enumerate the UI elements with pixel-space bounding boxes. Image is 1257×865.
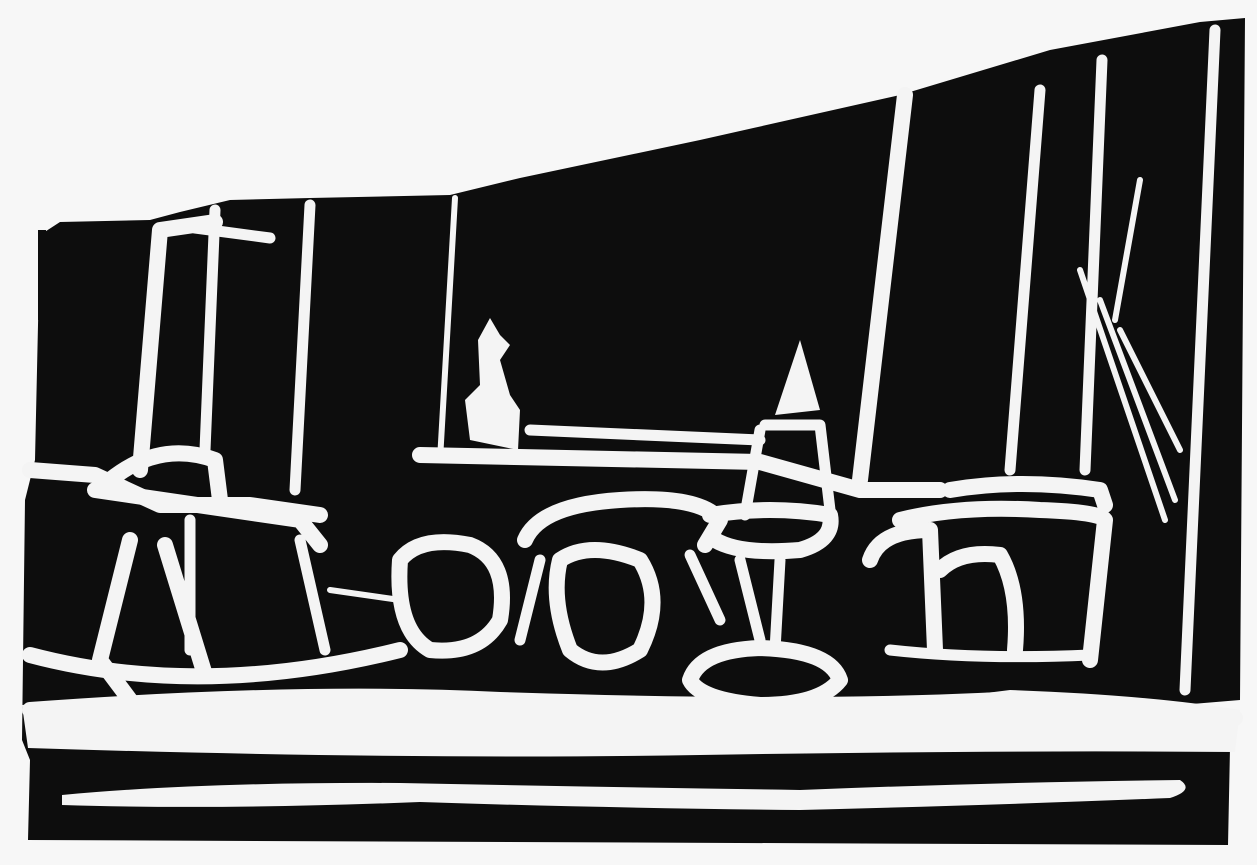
edge-mark <box>38 230 46 320</box>
linocut-print <box>0 0 1257 865</box>
